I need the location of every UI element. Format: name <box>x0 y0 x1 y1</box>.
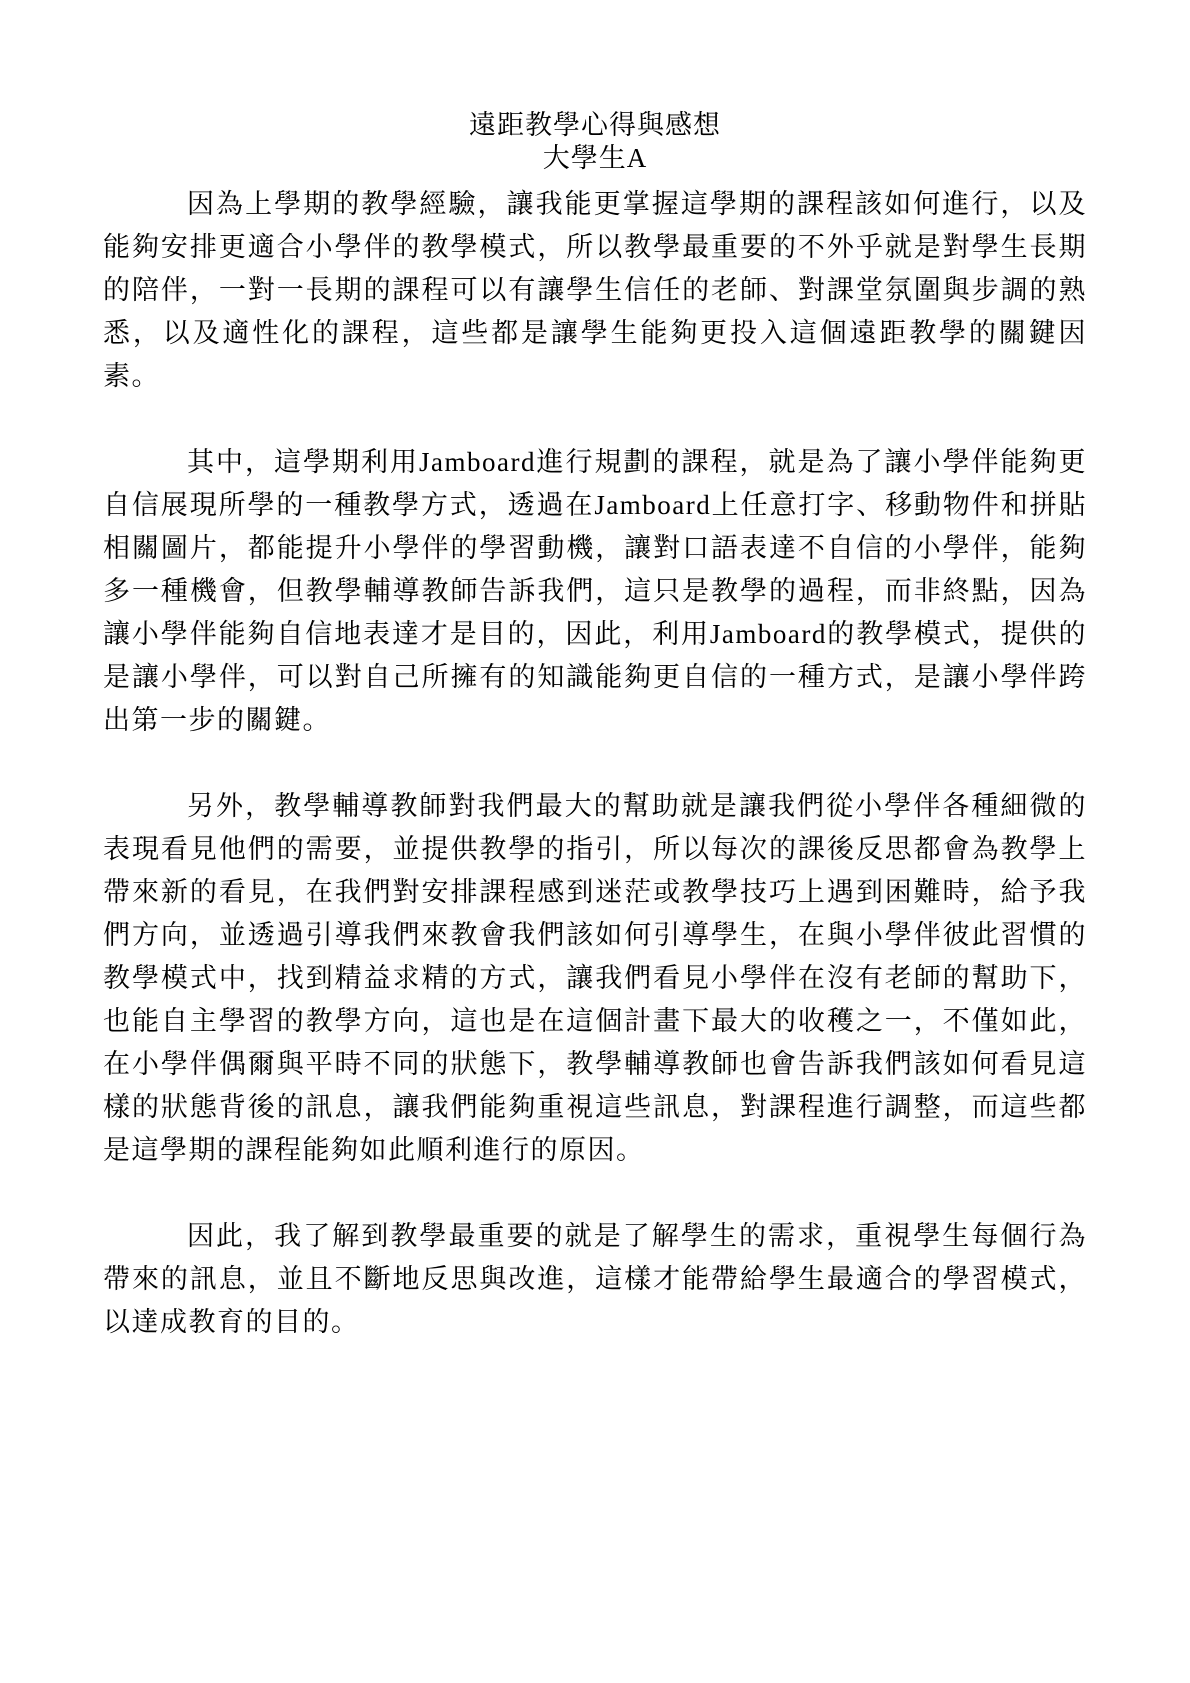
document-title-block: 遠距教學心得與感想 大學生A <box>103 109 1087 175</box>
document-author: 大學生A <box>103 142 1087 175</box>
paragraph-3: 另外，教學輔導教師對我們最大的幫助就是讓我們從小學伴各種細微的表現看見他們的需要… <box>103 785 1087 1172</box>
document-page: 遠距教學心得與感想 大學生A 因為上學期的教學經驗，讓我能更掌握這學期的課程該如… <box>0 0 1190 1683</box>
paragraph-2: 其中，這學期利用Jamboard進行規劃的課程，就是為了讓小學伴能夠更自信展現所… <box>103 441 1087 742</box>
document-body: 因為上學期的教學經驗，讓我能更掌握這學期的課程該如何進行，以及能夠安排更適合小學… <box>103 183 1087 1344</box>
paragraph-1: 因為上學期的教學經驗，讓我能更掌握這學期的課程該如何進行，以及能夠安排更適合小學… <box>103 183 1087 398</box>
paragraph-4: 因此，我了解到教學最重要的就是了解學生的需求，重視學生每個行為帶來的訊息，並且不… <box>103 1215 1087 1344</box>
document-title: 遠距教學心得與感想 <box>103 109 1087 142</box>
